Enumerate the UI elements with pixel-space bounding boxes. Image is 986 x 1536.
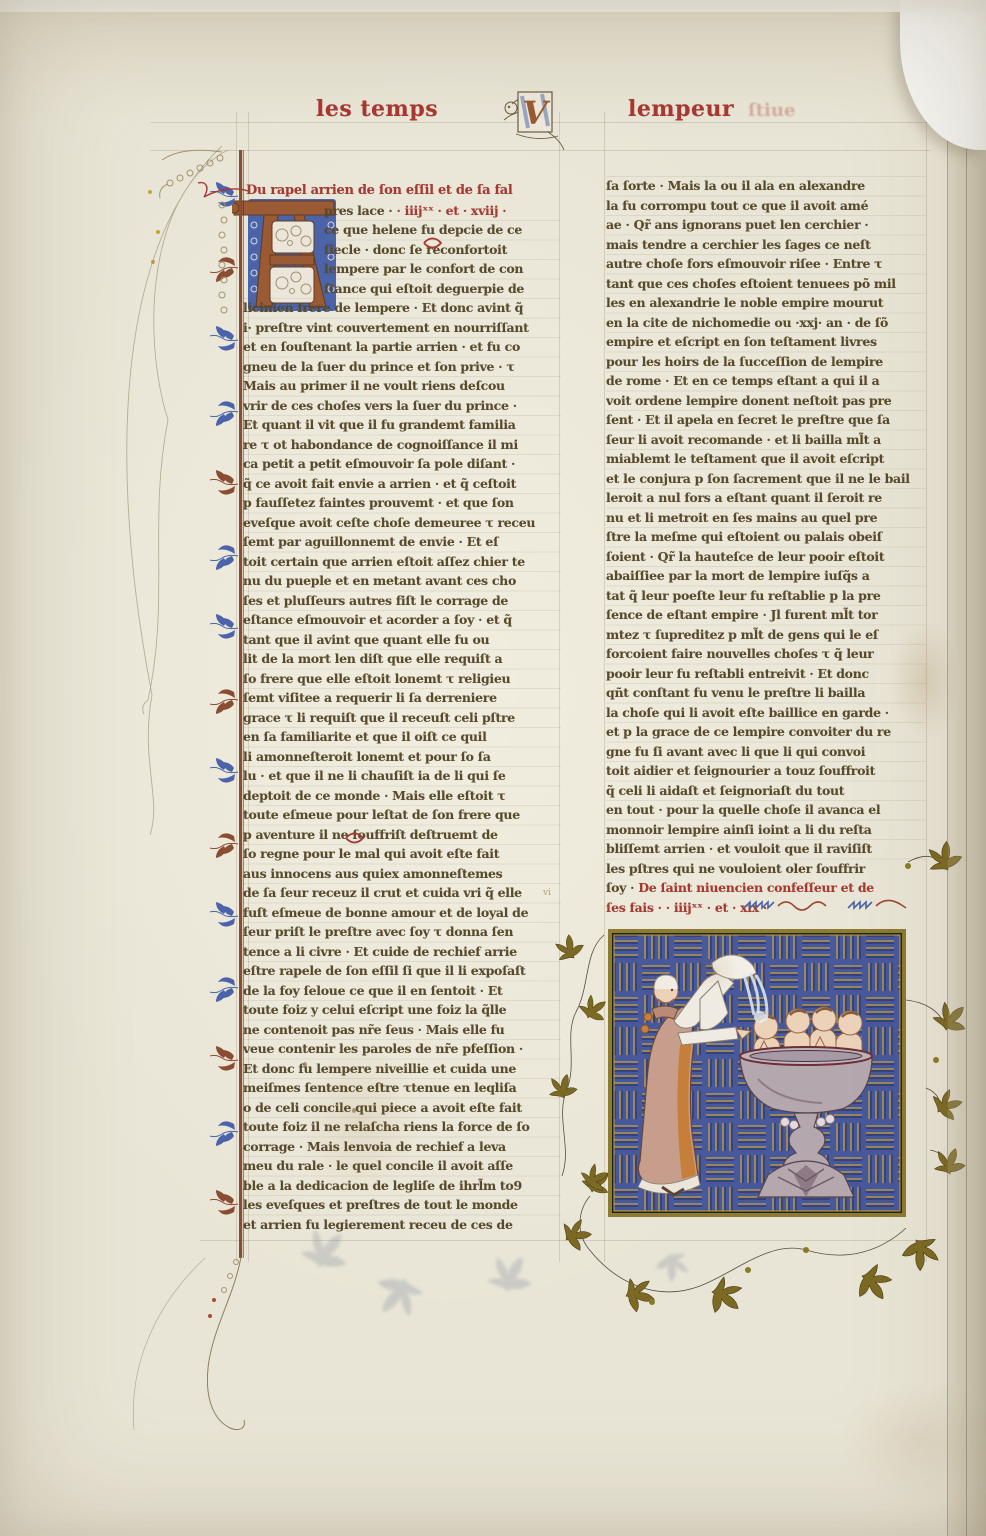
page-top-edge bbox=[0, 0, 986, 12]
bar-sprigs bbox=[210, 182, 238, 1215]
book-fore-edge bbox=[948, 0, 986, 1536]
ink-speck bbox=[352, 1108, 356, 1113]
paraph-marks bbox=[346, 239, 441, 843]
page-edge-line bbox=[966, 0, 967, 1536]
manuscript-page: les temps lempeur ſtiue V Du rapel arrie… bbox=[0, 0, 986, 1536]
line-filler bbox=[744, 900, 906, 910]
ivy-leaves bbox=[546, 838, 970, 1316]
bar-tail-flourish bbox=[133, 1257, 244, 1430]
ink-speck bbox=[303, 1062, 307, 1067]
ivy-vines bbox=[562, 856, 946, 1292]
page-edge-line bbox=[947, 0, 948, 1536]
marginal-decoration bbox=[0, 0, 986, 1536]
top-left-flourish bbox=[148, 150, 227, 313]
hairline-flourishes bbox=[127, 146, 228, 835]
bar-border bbox=[210, 150, 244, 1258]
